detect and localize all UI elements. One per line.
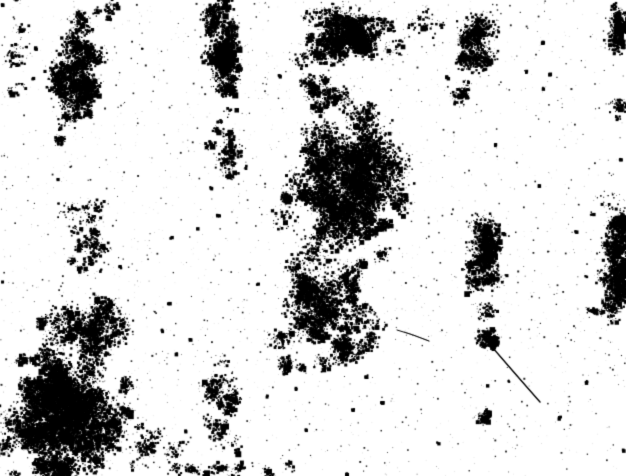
grunge-texture xyxy=(0,0,626,476)
grunge-texture-canvas xyxy=(0,0,626,476)
